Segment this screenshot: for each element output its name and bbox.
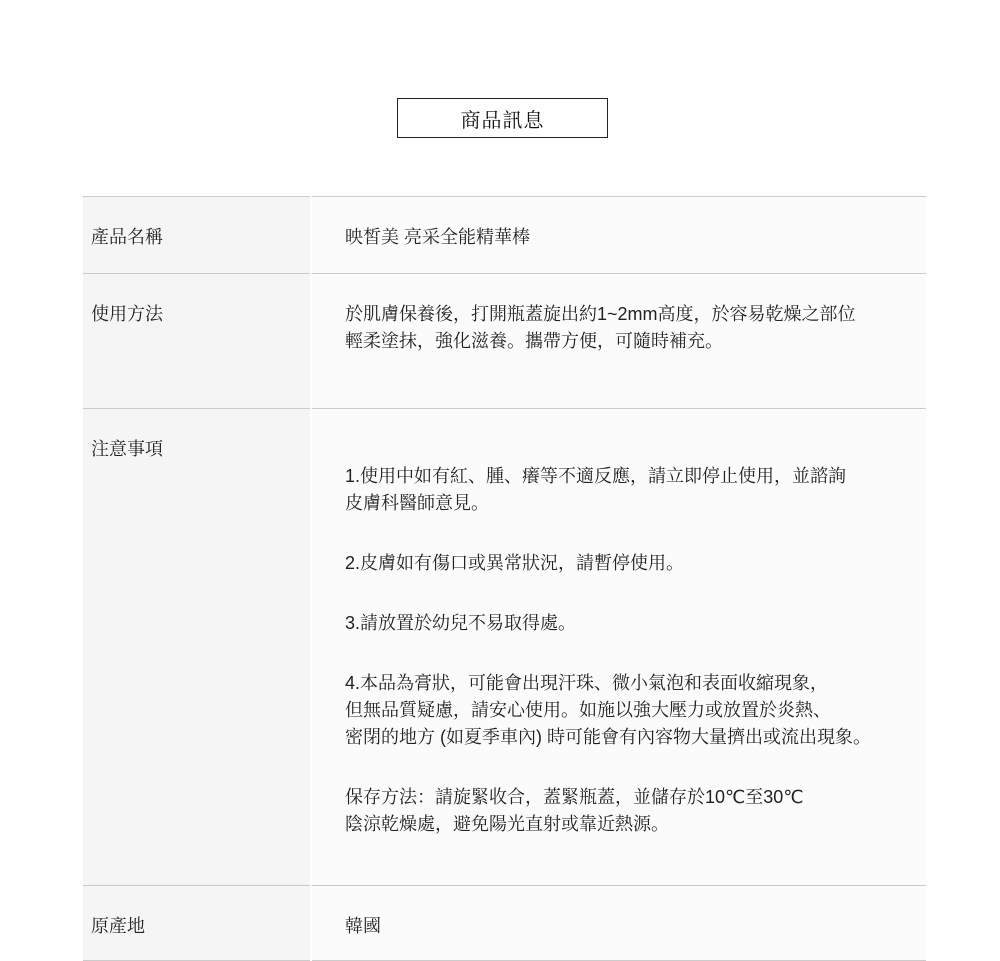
row-value-product-name: 映皙美 亮采全能精華棒 [312,196,926,273]
row-value-usage: 於肌膚保養後，打開瓶蓋旋出約1~2mm高度，於容易乾燥之部位 輕柔塗抹，強化滋養… [312,273,926,408]
precaution-item-1: 1.使用中如有紅、腫、癢等不適反應，請立即停止使用，並諮詢 皮膚科醫師意見。 [345,463,896,517]
precaution-item-4: 4.本品為膏狀，可能會出現汗珠、微小氣泡和表面收縮現象， 但無品質疑慮，請安心使… [345,670,896,751]
table-row-product-name: 產品名稱 映皙美 亮采全能精華棒 [83,196,926,273]
section-title-box: 商品訊息 [397,98,608,138]
row-value-precautions: 1.使用中如有紅、腫、癢等不適反應，請立即停止使用，並諮詢 皮膚科醫師意見。 2… [312,408,926,885]
row-label-precautions: 注意事項 [83,408,310,885]
table-row-precautions: 注意事項 1.使用中如有紅、腫、癢等不適反應，請立即停止使用，並諮詢 皮膚科醫師… [83,408,926,885]
section-title: 商品訊息 [461,104,545,133]
precaution-item-3: 3.請放置於幼兒不易取得處。 [345,610,896,637]
table-row-origin: 原產地 韓國 [83,885,926,961]
row-value-origin: 韓國 [312,885,926,961]
storage-instructions: 保存方法：請旋緊收合，蓋緊瓶蓋，並儲存於10℃至30℃ 陰涼乾燥處，避免陽光直射… [345,784,896,838]
row-label-usage: 使用方法 [83,273,310,408]
precaution-item-2: 2.皮膚如有傷口或異常狀況，請暫停使用。 [345,550,896,577]
table-row-usage: 使用方法 於肌膚保養後，打開瓶蓋旋出約1~2mm高度，於容易乾燥之部位 輕柔塗抹… [83,273,926,408]
product-spec-table: 產品名稱 映皙美 亮采全能精華棒 使用方法 於肌膚保養後，打開瓶蓋旋出約1~2m… [83,196,926,961]
row-label-product-name: 產品名稱 [83,196,310,273]
row-label-origin: 原產地 [83,885,310,961]
